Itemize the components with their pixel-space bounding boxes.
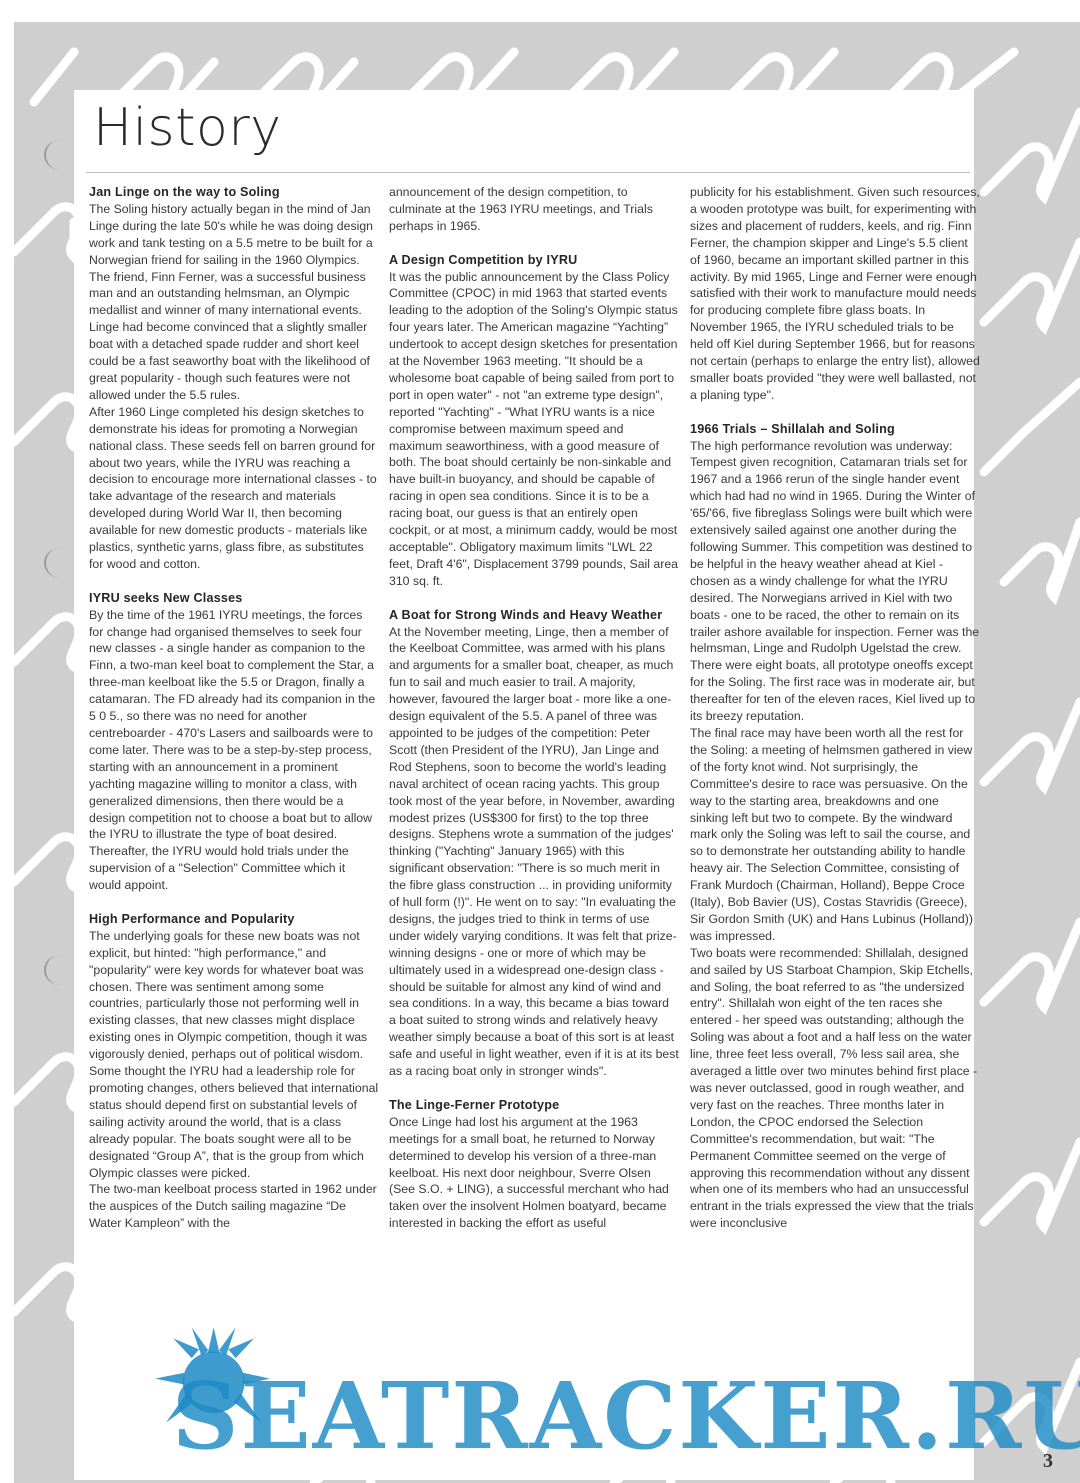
section-body-continued: publicity for his establishment. Given s…	[690, 184, 980, 404]
text-column-1: Jan Linge on the way to Soling The Solin…	[89, 184, 379, 1232]
page-title: History	[93, 98, 282, 158]
section-heading: Jan Linge on the way to Soling	[89, 184, 379, 201]
section-body: Once Linge had lost his argument at the …	[389, 1114, 679, 1232]
title-divider	[86, 172, 970, 173]
watermark-text: SEATRACKER.RU	[172, 1370, 1080, 1462]
section-heading: 1966 Trials – Shillalah and Soling	[690, 421, 980, 438]
section-body-continued: announcement of the design competition, …	[389, 184, 679, 235]
page-number: 3	[1043, 1450, 1053, 1473]
section-heading: IYRU seeks New Classes	[89, 590, 379, 607]
text-column-2: announcement of the design competition, …	[389, 184, 679, 1232]
section-body: It was the public announcement by the Cl…	[389, 269, 679, 590]
section-heading: A Boat for Strong Winds and Heavy Weathe…	[389, 607, 679, 624]
text-column-3: publicity for his establishment. Given s…	[690, 184, 980, 1232]
binder-hole-marker	[44, 548, 76, 578]
section-heading: High Performance and Popularity	[89, 911, 379, 928]
binder-hole-marker	[44, 955, 76, 985]
section-body: By the time of the 1961 IYRU meetings, t…	[89, 607, 379, 894]
section-body: The Soling history actually began in the…	[89, 201, 379, 573]
binder-hole-marker	[44, 140, 76, 170]
section-heading: A Design Competition by IYRU	[389, 252, 679, 269]
section-heading: The Linge-Ferner Prototype	[389, 1097, 679, 1114]
section-body: The underlying goals for these new boats…	[89, 928, 379, 1232]
section-body: The high performance revolution was unde…	[690, 438, 980, 1233]
section-body: At the November meeting, Linge, then a m…	[389, 624, 679, 1080]
